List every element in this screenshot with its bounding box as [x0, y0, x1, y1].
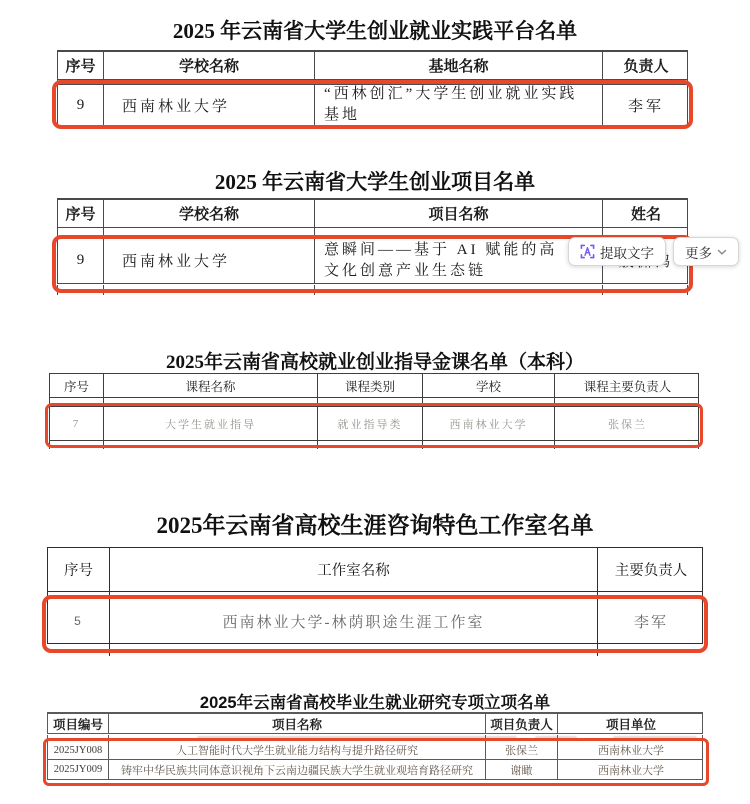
header-cell: 学校	[423, 374, 555, 397]
table5-title: 2025年云南省高校毕业生就业研究专项立项名单	[0, 689, 750, 713]
table2-title: 2025 年云南省大学生创业项目名单	[0, 166, 750, 196]
grid-stub	[57, 285, 58, 295]
row-cell-person: 张保兰	[486, 741, 558, 759]
extract-text-label: 提取文字	[600, 242, 654, 262]
table5-body: 2025JY008 人工智能时代大学生就业能力结构与提升路径研究 张保兰 西南林…	[47, 740, 703, 780]
header-cell: 课程主要负责人	[555, 374, 700, 397]
cropped-text-remnant	[535, 736, 577, 740]
header-cell: 项目名称	[315, 200, 603, 227]
grid-stub	[687, 285, 688, 295]
row-cell-unit: 西南林业大学	[558, 760, 704, 779]
grid-stub	[317, 398, 318, 406]
table1-header-row: 序号 学校名称 基地名称 负责人	[57, 50, 688, 80]
grid-stub	[422, 441, 423, 449]
grid-stub	[103, 228, 104, 237]
cropped-text-remnant	[613, 736, 697, 740]
grid-stub	[57, 228, 58, 237]
document-page: 2025 年云南省大学生创业就业实践平台名单 序号 学校名称 基地名称 负责人 …	[0, 0, 750, 804]
table4-row: 5 西南林业大学-林荫职途生涯工作室 李军	[47, 598, 703, 644]
row-cell-school: 西南林业大学	[423, 407, 555, 440]
table1-row: 9 西南林业大学 “西林创汇”大学生创业就业实践 基地 李军	[57, 84, 688, 126]
grid-stub	[103, 285, 104, 295]
header-cell: 基地名称	[315, 52, 603, 79]
grid-stub	[109, 644, 110, 656]
ocr-toolbar: 提取文字 更多	[568, 237, 739, 266]
header-cell: 主要负责人	[598, 548, 704, 591]
grid-stub	[554, 398, 555, 406]
row-cell-seq: 7	[50, 407, 104, 440]
grid-stub	[103, 441, 104, 449]
table3-row: 7 大学生就业指导 就业指导类 西南林业大学 张保兰	[49, 406, 699, 441]
cropped-text-remnant	[197, 736, 517, 740]
table3-header-row: 序号 课程名称 课程类别 学校 课程主要负责人	[49, 373, 699, 398]
table5-row: 2025JY008 人工智能时代大学生就业能力结构与提升路径研究 张保兰 西南林…	[48, 741, 702, 760]
table5-header-row: 项目编号 项目名称 项目负责人 项目单位	[47, 712, 703, 734]
row-cell-type: 就业指导类	[318, 407, 423, 440]
row-cell-code: 2025JY009	[48, 760, 109, 779]
header-cell: 课程名称	[104, 374, 318, 397]
header-cell: 项目负责人	[486, 714, 558, 733]
header-cell: 项目单位	[558, 714, 704, 733]
row-cell-code: 2025JY008	[48, 741, 109, 759]
grid-stub	[602, 285, 603, 295]
table4-header-row: 序号 工作室名称 主要负责人	[47, 547, 703, 592]
grid-stub	[49, 441, 50, 449]
extract-text-a-icon	[580, 244, 595, 259]
row-cell-base-name: “西林创汇”大学生创业就业实践 基地	[315, 85, 577, 125]
row-cell-seq: 5	[48, 599, 110, 643]
row-cell-unit: 西南林业大学	[558, 741, 704, 759]
row-cell-school: 西南林业大学	[104, 238, 315, 283]
table-platform: 序号 学校名称 基地名称 负责人 9 西南林业大学 “西林创汇”大学生创业就业实…	[57, 50, 688, 126]
header-cell: 项目编号	[48, 714, 109, 733]
table-research-projects: 项目编号 项目名称 项目负责人 项目单位 2025JY008 人工智能时代大学生…	[47, 712, 703, 780]
grid-stub	[314, 228, 315, 237]
row-cell-studio: 西南林业大学-林荫职途生涯工作室	[110, 599, 598, 643]
row-cell-person: 张保兰	[555, 407, 700, 440]
table5-row: 2025JY009 铸牢中华民族共同体意识视角下云南边疆民族大学生就业观培育路径…	[48, 760, 702, 779]
table4-title: 2025年云南省高校生涯咨询特色工作室名单	[0, 507, 750, 540]
row-cell-course: 大学生就业指导	[104, 407, 318, 440]
table3-title: 2025年云南省高校就业创业指导金课名单（本科）	[0, 347, 750, 374]
header-cell: 序号	[50, 374, 104, 397]
header-cell: 学校名称	[104, 52, 315, 79]
row-cell-school: 西南林业大学	[104, 85, 315, 125]
table2-header-row: 序号 学校名称 项目名称 姓名	[57, 198, 688, 228]
header-cell: 负责人	[603, 52, 689, 79]
grid-stub	[422, 398, 423, 406]
more-label: 更多	[685, 242, 712, 262]
grid-stub	[317, 441, 318, 449]
row-cell-seq: 9	[58, 85, 104, 125]
grid-stub	[698, 398, 699, 406]
extract-text-button[interactable]: 提取文字	[568, 237, 666, 266]
more-button[interactable]: 更多	[673, 237, 739, 266]
row-cell-seq: 9	[58, 238, 104, 283]
grid-stub	[314, 285, 315, 295]
table-career-studio: 序号 工作室名称 主要负责人 5 西南林业大学-林荫职途生涯工作室 李军	[47, 547, 703, 644]
header-cell: 学校名称	[104, 200, 315, 227]
header-cell: 课程类别	[318, 374, 423, 397]
row-cell-person: 谢瞰	[486, 760, 558, 779]
row-cell-person: 李军	[603, 85, 689, 125]
grid-stub	[698, 441, 699, 449]
header-cell: 工作室名称	[110, 548, 598, 591]
header-cell: 序号	[58, 52, 104, 79]
row-cell-project-name: 人工智能时代大学生就业能力结构与提升路径研究	[109, 741, 486, 759]
row-cell-person: 李军	[598, 599, 704, 643]
header-cell: 序号	[58, 200, 104, 227]
grid-stub	[687, 228, 688, 237]
header-cell: 姓名	[603, 200, 689, 227]
table-golden-course: 序号 课程名称 课程类别 学校 课程主要负责人 7 大学生就业指导 就业指导类 …	[49, 373, 699, 441]
header-cell: 序号	[48, 548, 110, 591]
header-cell: 项目名称	[109, 714, 486, 733]
row-cell-project-name: 铸牢中华民族共同体意识视角下云南边疆民族大学生就业观培育路径研究	[109, 760, 486, 779]
grid-stub	[554, 441, 555, 449]
grid-stub	[49, 398, 50, 406]
row-cell-project-name: 意瞬间——基于 AI 赋能的高 文化创意产业生态链	[315, 240, 557, 282]
chevron-down-icon	[717, 248, 727, 256]
grid-stub	[597, 644, 598, 656]
table1-title: 2025 年云南省大学生创业就业实践平台名单	[0, 15, 750, 45]
grid-stub	[103, 398, 104, 406]
grid-stub	[602, 228, 603, 237]
